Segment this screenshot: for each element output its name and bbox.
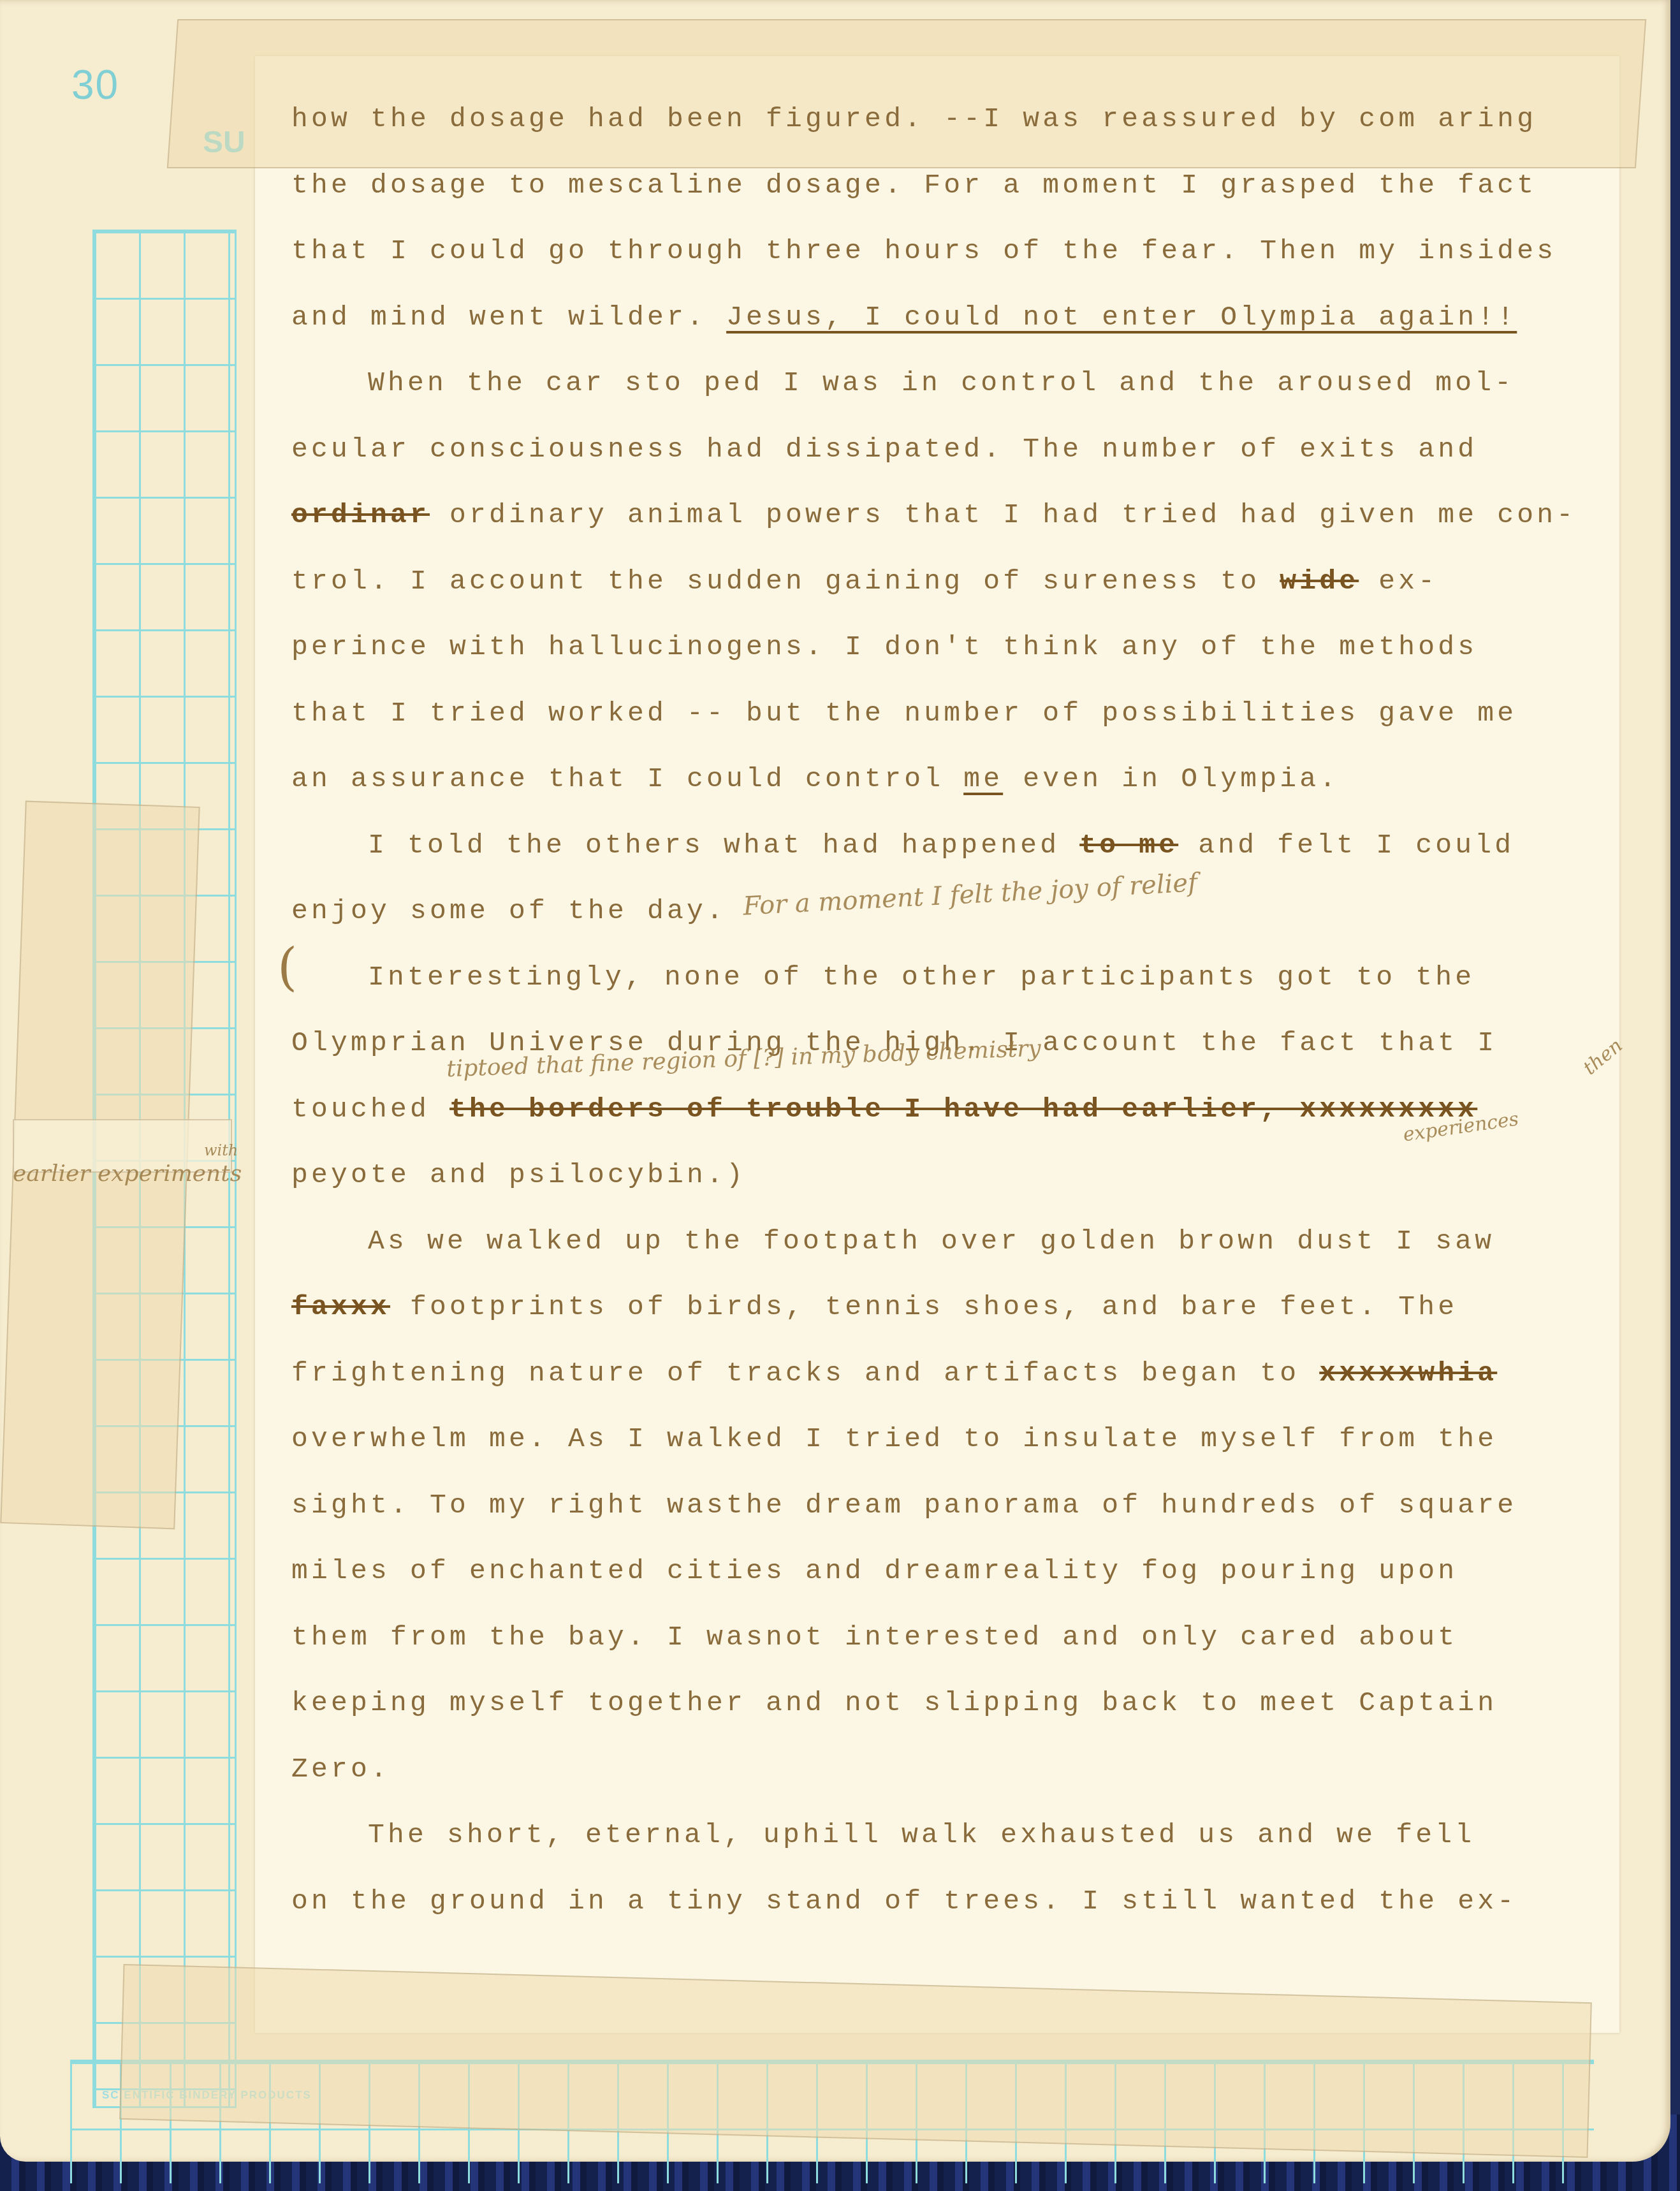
typed-line: The short, eternal, uphill walk exhauste… bbox=[291, 1802, 1605, 1868]
line-text: the dosage to mescaline dosage. For a mo… bbox=[291, 170, 1537, 201]
line-text: how the dosage had been figured. --I was… bbox=[291, 103, 1537, 135]
typed-line: frightening nature of tracks and artifac… bbox=[291, 1340, 1605, 1407]
struck-text: faxxx bbox=[291, 1291, 390, 1323]
line-text: The short, eternal, uphill walk exhauste… bbox=[368, 1819, 1475, 1850]
underlined-text: Jesus, I could not enter Olympia again!! bbox=[726, 302, 1517, 333]
line-text: As we walked up the footpath over golden… bbox=[368, 1226, 1494, 1257]
line-text: and mind went wilder. bbox=[291, 302, 726, 333]
typed-line: and mind went wilder. Jesus, I could not… bbox=[291, 284, 1605, 351]
line-text: ecular consciousness had dissipated. The… bbox=[291, 434, 1477, 465]
typed-line: that I could go through three hours of t… bbox=[291, 218, 1605, 284]
handwritten-caret-with: with bbox=[204, 1141, 238, 1159]
typed-line: ecular consciousness had dissipated. The… bbox=[291, 416, 1605, 483]
typed-line: perince with hallucinogens. I don't thin… bbox=[291, 614, 1605, 680]
typed-line: how the dosage had been figured. --I was… bbox=[291, 86, 1605, 152]
line-text: that I could go through three hours of t… bbox=[291, 235, 1556, 267]
line-text: frightening nature of tracks and artifac… bbox=[291, 1358, 1319, 1389]
line-text: peyote and psilocybin.) bbox=[291, 1159, 746, 1191]
page-number: 30 bbox=[71, 61, 119, 108]
line-text: on the ground in a tiny stand of trees. … bbox=[291, 1886, 1517, 1917]
line-text: When the car sto ped I was in control an… bbox=[368, 367, 1514, 399]
line-text: even in Olympia. bbox=[1003, 763, 1339, 795]
struck-text: xxxxxwhia bbox=[1319, 1358, 1497, 1389]
typed-line: I told the others what had happened to m… bbox=[291, 812, 1605, 879]
typed-line: overwhelm me. As I walked I tried to ins… bbox=[291, 1406, 1605, 1472]
typed-line: keeping myself together and not slipping… bbox=[291, 1670, 1605, 1736]
struck-text: ordinar bbox=[291, 499, 430, 531]
typed-line: ordinar ordinary animal powers that I ha… bbox=[291, 482, 1605, 548]
typed-line: As we walked up the footpath over golden… bbox=[291, 1208, 1605, 1275]
struck-text: wide bbox=[1280, 566, 1359, 597]
typed-line: that I tried worked -- but the number of… bbox=[291, 680, 1605, 747]
typed-line: miles of enchanted cities and dreamreali… bbox=[291, 1538, 1605, 1604]
line-text: miles of enchanted cities and dreamreali… bbox=[291, 1555, 1457, 1586]
line-text: sight. To my right wasthe dream panorama… bbox=[291, 1490, 1517, 1521]
line-text: trol. I account the sudden gaining of su… bbox=[291, 566, 1280, 597]
struck-text: to me bbox=[1079, 830, 1178, 861]
typed-line: sight. To my right wasthe dream panorama… bbox=[291, 1472, 1605, 1539]
typed-line: Interestingly, none of the other partici… bbox=[291, 944, 1605, 1011]
line-text: I told the others what had happened bbox=[368, 830, 1079, 861]
handwritten-note-left-margin: earlier experiments bbox=[13, 1161, 242, 1187]
line-text: ordinary animal powers that I had tried … bbox=[430, 499, 1576, 531]
line-text: them from the bay. I wasnot interested a… bbox=[291, 1622, 1457, 1653]
underlined-text: me bbox=[963, 763, 1003, 795]
struck-text: the borders of trouble I have had earlie… bbox=[449, 1094, 1477, 1125]
line-text: perince with hallucinogens. I don't thin… bbox=[291, 631, 1477, 663]
typescript-body: how the dosage had been figured. --I was… bbox=[291, 86, 1605, 1934]
typed-line: the dosage to mescaline dosage. For a mo… bbox=[291, 152, 1605, 219]
typed-line: peyote and psilocybin.) bbox=[291, 1142, 1605, 1208]
line-text: Interestingly, none of the other partici… bbox=[368, 962, 1475, 993]
typed-line: an assurance that I could control me eve… bbox=[291, 746, 1605, 812]
typed-line: trol. I account the sudden gaining of su… bbox=[291, 548, 1605, 615]
line-text: enjoy some of the day. bbox=[291, 895, 726, 927]
handwritten-open-paren: ( bbox=[277, 937, 297, 997]
line-text: keeping myself together and not slipping… bbox=[291, 1687, 1497, 1718]
line-text: footprints of birds, tennis shoes, and b… bbox=[390, 1291, 1457, 1323]
line-text: overwhelm me. As I walked I tried to ins… bbox=[291, 1423, 1497, 1455]
line-text: an assurance that I could control bbox=[291, 763, 963, 795]
typed-line: When the car sto ped I was in control an… bbox=[291, 350, 1605, 416]
line-text: ex- bbox=[1359, 566, 1438, 597]
typed-line: faxxx footprints of birds, tennis shoes,… bbox=[291, 1274, 1605, 1340]
line-text: Zero. bbox=[291, 1754, 390, 1785]
typed-line: them from the bay. I wasnot interested a… bbox=[291, 1604, 1605, 1671]
line-text: touched bbox=[291, 1094, 449, 1125]
typed-line: on the ground in a tiny stand of trees. … bbox=[291, 1868, 1605, 1935]
typed-line: Zero. bbox=[291, 1736, 1605, 1803]
line-text: and felt I could bbox=[1178, 830, 1514, 861]
line-text: that I tried worked -- but the number of… bbox=[291, 698, 1517, 729]
